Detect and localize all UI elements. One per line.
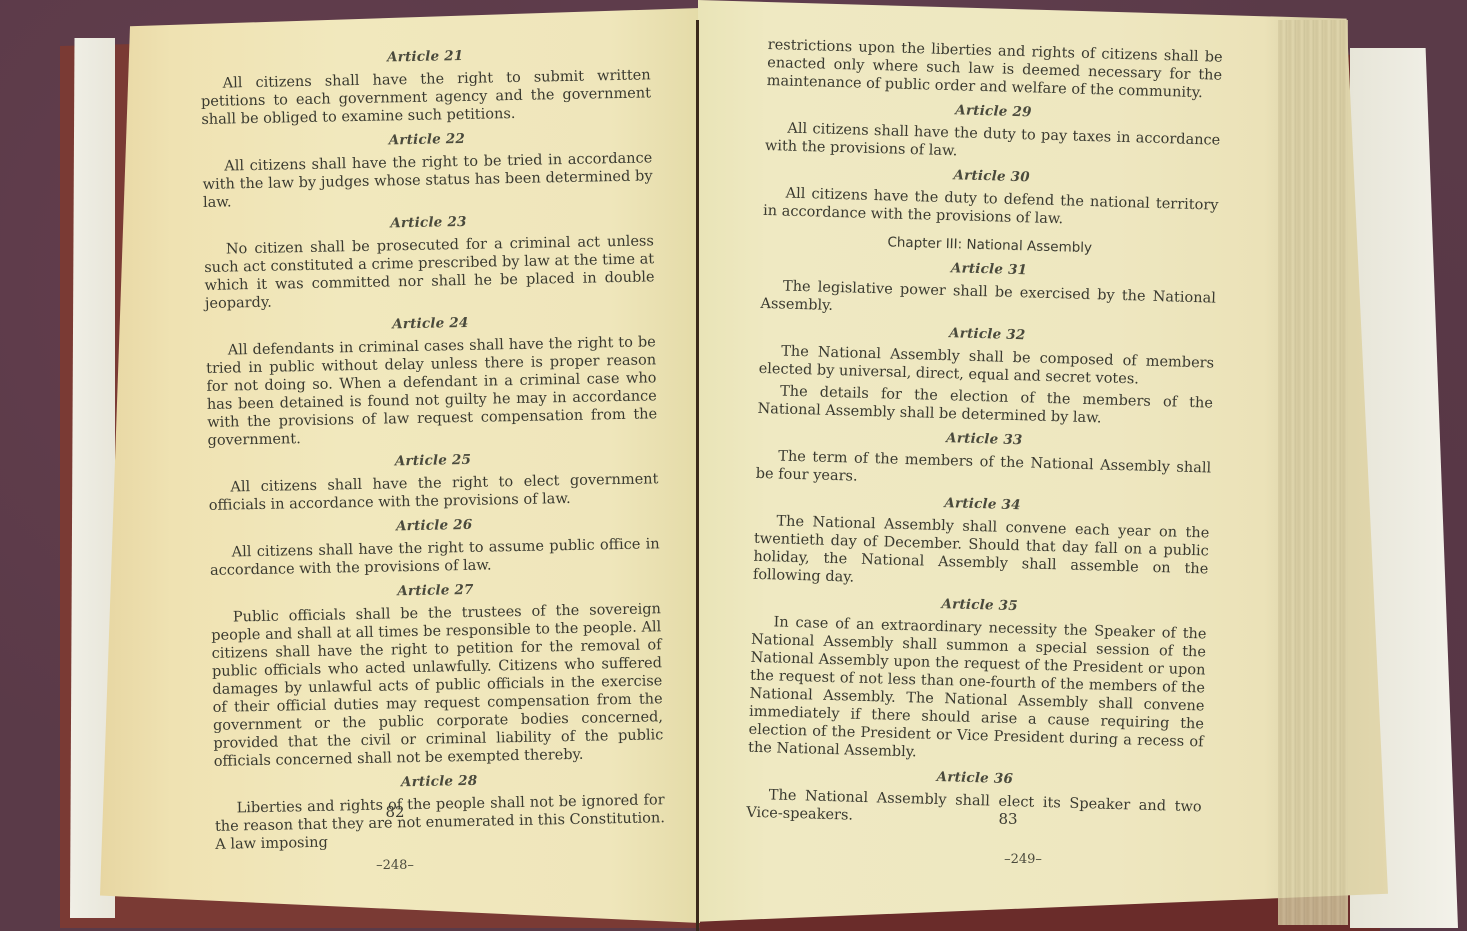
book-spine [696, 20, 699, 931]
article-paragraph: All citizens shall have the right to be … [202, 149, 653, 212]
article-paragraph: The National Assembly shall elect its Sp… [746, 786, 1202, 835]
article-paragraph: In case of an extraordinary necessity th… [748, 613, 1207, 770]
article-paragraph: The details for the election of the memb… [757, 382, 1213, 431]
article-paragraph: The legislative power shall be exercised… [760, 277, 1216, 326]
article-paragraph: The term of the members of the National … [756, 447, 1212, 496]
article-paragraph: All citizens shall have the right to ele… [208, 470, 659, 515]
article-title: Article 25 [208, 447, 658, 474]
right-page-text: restrictions upon the liberties and righ… [746, 36, 1223, 838]
article-paragraph: No citizen shall be prosecuted for a cri… [204, 232, 655, 313]
article-paragraph: All citizens shall have the duty to pay … [765, 119, 1221, 168]
page-number: 83 [978, 810, 1038, 828]
article-title: Article 23 [203, 209, 653, 236]
article-paragraph: The National Assembly shall convene each… [753, 512, 1210, 597]
folio-number: –249– [983, 852, 1063, 867]
article-title: Article 26 [209, 512, 659, 539]
page-number: 82 [365, 803, 425, 821]
article-paragraph: All defendants in criminal cases shall h… [206, 333, 658, 450]
article-title: Article 28 [214, 768, 664, 795]
article-paragraph: All citizens shall have the right to sub… [201, 66, 652, 129]
article-title: Article 21 [200, 43, 650, 70]
article-title: Article 27 [210, 577, 660, 604]
folio-number: –248– [355, 858, 435, 873]
article-paragraph: Liberties and rights of the people shall… [214, 791, 665, 854]
article-title: Article 24 [205, 310, 655, 337]
article-paragraph: All citizens have the duty to defend the… [763, 184, 1219, 233]
left-page: Article 21 All citizens shall have the r… [100, 8, 700, 923]
article-paragraph: Public officials shall be the trustees o… [211, 600, 664, 771]
article-title: Article 22 [202, 126, 652, 153]
left-page-text: Article 21 All citizens shall have the r… [200, 37, 666, 857]
article-paragraph: All citizens shall have the right to ass… [210, 535, 661, 580]
continuation-paragraph: restrictions upon the liberties and righ… [766, 36, 1222, 103]
page-stack-edge [1278, 20, 1348, 925]
